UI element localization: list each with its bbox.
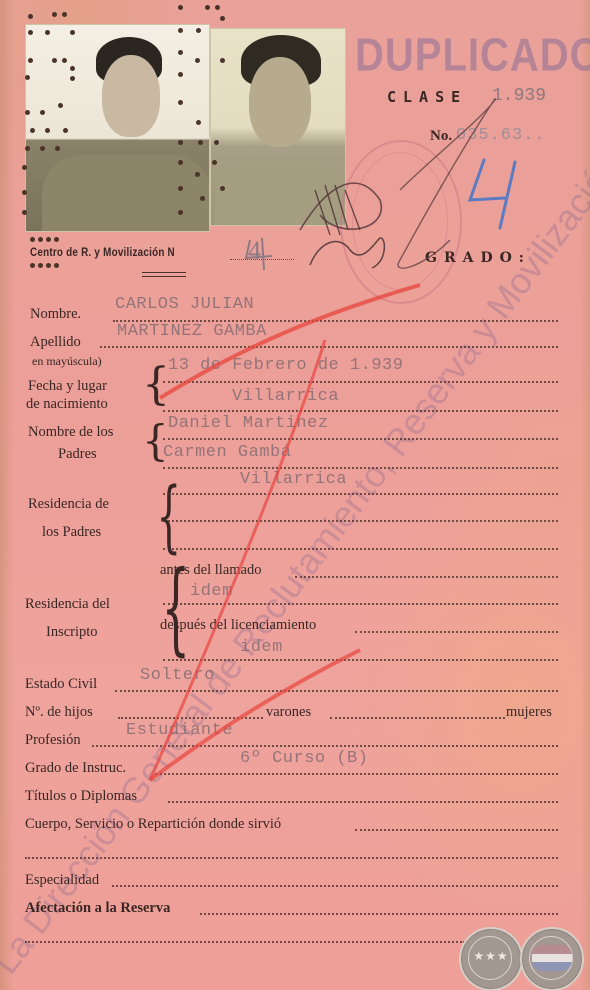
signature-loop — [398, 99, 495, 268]
national-flag-seal — [520, 927, 584, 990]
military-seal: ★★★ — [459, 927, 523, 990]
handwritten-4 — [246, 238, 272, 270]
red-pencil-stroke — [150, 650, 360, 780]
signature — [315, 185, 360, 235]
military-registration-card: DUPLICADO CLASE 1.939 No. 035.63.. Centr… — [0, 0, 590, 990]
signature — [310, 238, 384, 268]
stars-icon: ★★★ — [461, 949, 521, 964]
red-pencil-stroke — [150, 340, 325, 780]
blue-number-4 — [470, 160, 515, 228]
handwriting-overlay — [0, 0, 590, 990]
red-pencil-stroke — [160, 285, 420, 398]
flag-icon — [532, 945, 572, 971]
